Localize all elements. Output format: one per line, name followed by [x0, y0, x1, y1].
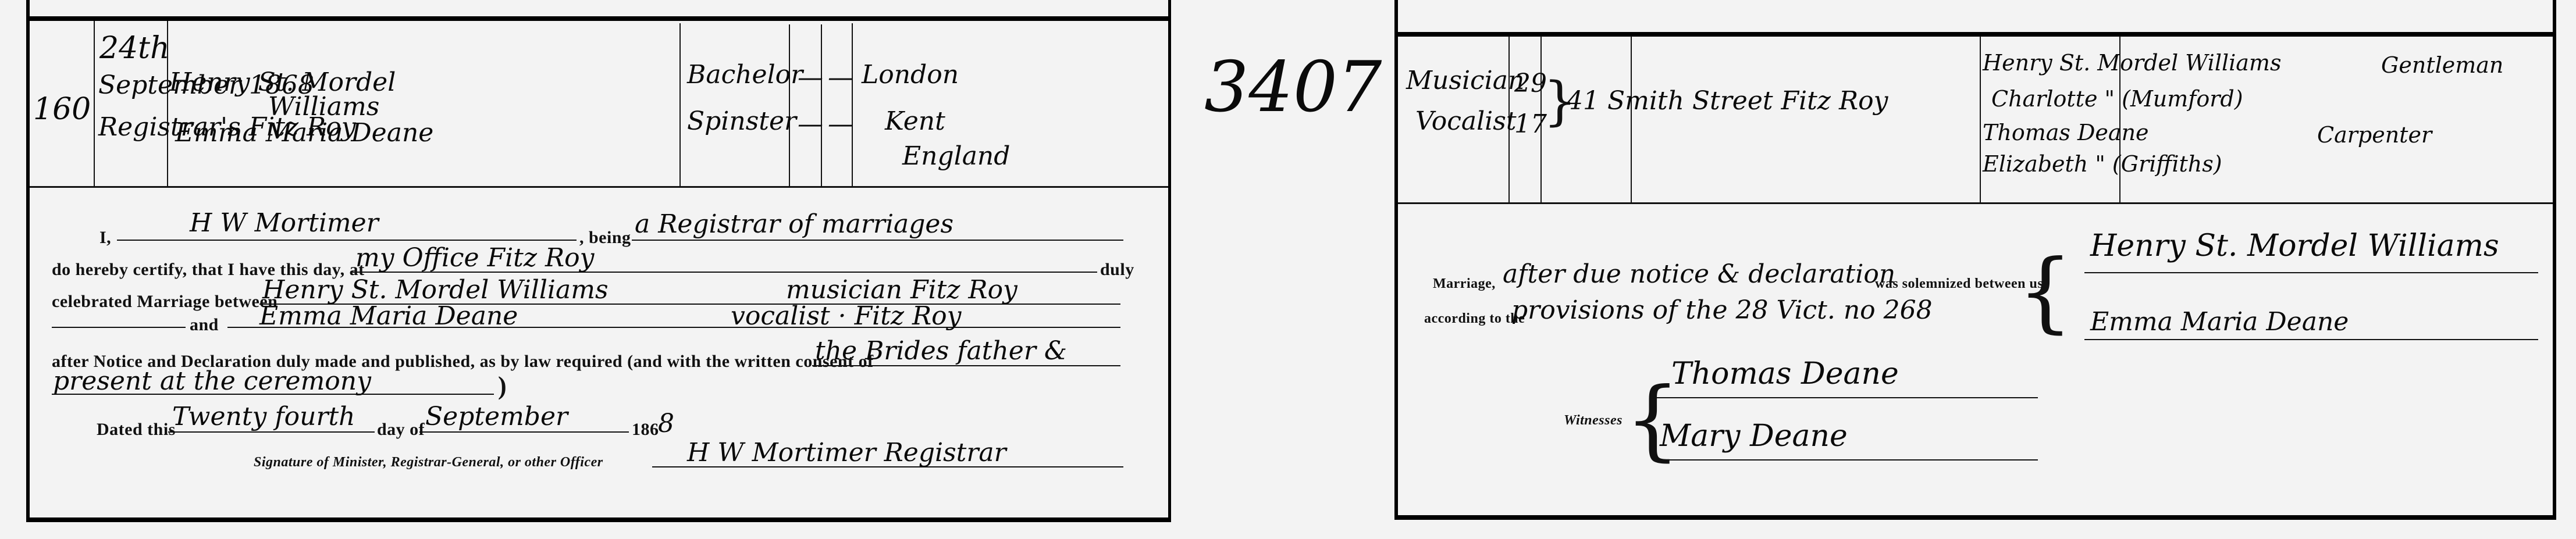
witness-signature: Thomas Deane — [1671, 358, 1899, 391]
groom-col-b: — — [828, 64, 853, 92]
margin-annotation: 3407 — [1204, 49, 1382, 126]
top-rule — [30, 16, 1168, 21]
groom-occupation: Musician — [1406, 67, 1524, 95]
and-label: and — [190, 315, 219, 334]
signature-label: Signature of Minister, Registrar-General… — [254, 455, 603, 470]
dated-label: Dated this — [97, 420, 176, 439]
table-bottom-rule — [30, 186, 1168, 188]
bride-col-b: — — [828, 110, 853, 138]
column-divider — [852, 23, 853, 186]
dated-month: September — [425, 403, 568, 431]
party2-name: Emma Maria Deane — [259, 302, 518, 330]
register-entry-panel: 160 24th September 1868 Registrar's Fitz… — [26, 0, 1171, 522]
year-suffix: 8 — [658, 410, 674, 438]
bride-birthplace-country: England — [902, 142, 1010, 170]
day-of-label: day of — [377, 420, 425, 439]
according-value: provisions of the 28 Vict. no 268 — [1511, 297, 1933, 324]
year-prefix: 186 — [632, 420, 659, 439]
groom-birthplace: London — [862, 61, 959, 89]
column-divider — [1980, 36, 1981, 202]
entry-number: 160 — [33, 93, 91, 126]
top-rule — [1398, 32, 2553, 37]
registrar-title: a Registrar of marriages — [635, 210, 953, 238]
table-bottom-rule — [1398, 202, 2553, 204]
groom-col-a: — — [798, 64, 823, 92]
marriage-label: Marriage, — [1433, 276, 1496, 291]
column-divider — [1631, 36, 1632, 202]
according-label: according to the — [1424, 311, 1525, 326]
close-paren: ) — [498, 372, 507, 400]
parent-row: Charlotte " (Mumford) — [1991, 87, 2243, 112]
parent-occupation: Gentleman — [2381, 53, 2503, 78]
groom-condition: Bachelor — [687, 61, 803, 89]
groom-age: 29 — [1514, 70, 1547, 98]
witness-signature: Mary Deane — [1660, 420, 1848, 453]
consent-value: the Brides father & — [815, 337, 1067, 365]
signatures-brace: { — [2018, 244, 2073, 340]
groom-surname: Williams — [268, 93, 379, 121]
party1-description: musician Fitz Roy — [786, 276, 1017, 304]
parent-row: Henry St. Mordel Williams — [1983, 51, 2281, 76]
witnesses-label: Witnesses — [1564, 413, 1623, 428]
bride-name: Emma Maria Deane — [175, 119, 433, 147]
marriage-value: after due notice & declaration — [1503, 260, 1895, 288]
column-divider — [679, 23, 681, 186]
certify-place: my Office Fitz Roy — [355, 244, 594, 272]
column-divider — [789, 24, 790, 186]
dated-day: Twenty fourth — [172, 403, 355, 431]
registrar-name: H W Mortimer — [190, 209, 379, 237]
consent-continuation: present at the ceremony — [53, 367, 371, 395]
party2-description: vocalist · Fitz Roy — [731, 302, 962, 330]
celebrated-label: celebrated Marriage between — [52, 292, 277, 311]
certificate-i-label: I, — [99, 228, 111, 247]
bride-age: 17 — [1514, 110, 1547, 138]
party1-name: Henry St. Mordel Williams — [262, 276, 609, 304]
bride-signature: Emma Maria Deane — [2090, 308, 2349, 336]
parent-row: Thomas Deane — [1983, 121, 2149, 145]
signature-value: H W Mortimer Registrar — [687, 439, 1006, 467]
parent-row: Elizabeth " (Griffiths) — [1983, 152, 2222, 177]
residence: 41 Smith Street Fitz Roy — [1567, 87, 1888, 115]
bride-birthplace: Kent — [885, 108, 945, 135]
bride-col-a: — — [798, 110, 823, 138]
bride-occupation: Vocalist — [1415, 108, 1517, 135]
register-entry-continuation-panel: Musician Vocalist 29 17 } 41 Smith Stree… — [1394, 0, 2556, 520]
groom-signature: Henry St. Mordel Williams — [2090, 230, 2499, 263]
column-divider — [94, 21, 95, 186]
duly-label: duly — [1100, 260, 1134, 279]
bride-condition: Spinster — [687, 108, 796, 135]
marriage-day: 24th — [99, 32, 170, 65]
parent-occupation: Carpenter — [2317, 123, 2432, 148]
column-divider — [821, 24, 822, 186]
